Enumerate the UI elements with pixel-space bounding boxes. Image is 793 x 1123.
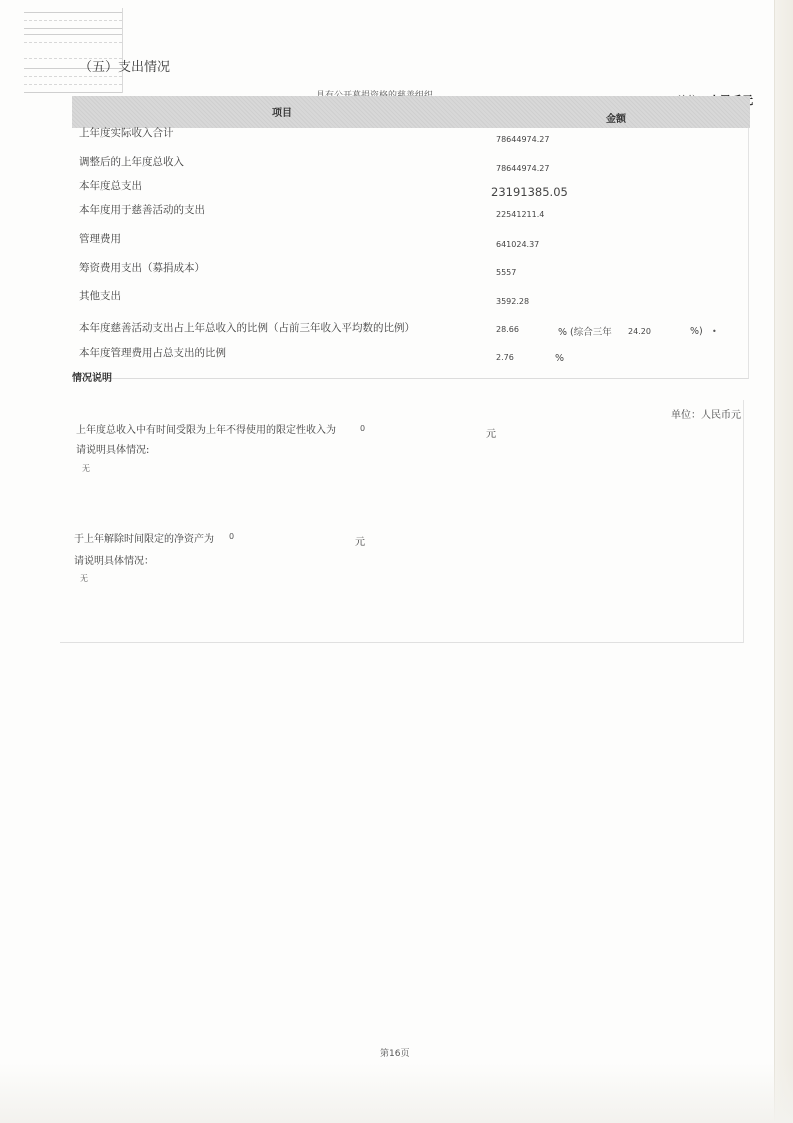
row-value-charity-ratio: 28.66 bbox=[496, 325, 519, 334]
restricted-income-label: 上年度总收入中有时间受限为上年不得使用的限定性收入为 bbox=[76, 421, 336, 436]
row-value-management-ratio: 2.76 bbox=[496, 353, 514, 362]
released-assets-explain-label: 请说明具体情况： bbox=[74, 552, 154, 567]
header-amount: 金额 bbox=[606, 110, 626, 125]
row-value-fundraising-cost: 5557 bbox=[496, 268, 516, 277]
notes-heading: 情况说明 bbox=[72, 369, 112, 384]
released-assets-explain-value: 无 bbox=[80, 573, 88, 584]
row-label-fundraising-cost: 筹资费用支出（募捐成本） bbox=[79, 260, 205, 275]
released-assets-currency: 元 bbox=[355, 533, 365, 548]
restricted-income-explain-label: 请说明具体情况: bbox=[76, 441, 149, 456]
released-assets-label: 于上年解除时间限定的净资产为 bbox=[74, 530, 214, 545]
row-value-prior-year-income: 78644974.27 bbox=[496, 135, 549, 144]
row-label-prior-year-income: 上年度实际收入合计 bbox=[79, 125, 174, 140]
three-year-ratio-value: 24.20 bbox=[628, 327, 651, 336]
scan-right-edge bbox=[774, 0, 793, 1123]
row-value-other-expense: 3592.28 bbox=[496, 297, 529, 306]
row-label-charity-expense: 本年度用于慈善活动的支出 bbox=[79, 202, 205, 217]
restricted-income-currency: 元 bbox=[486, 425, 496, 440]
header-item: 项目 bbox=[272, 104, 292, 119]
row-value-management-fee: 641024.37 bbox=[496, 240, 539, 249]
row-label-other-expense: 其他支出 bbox=[79, 288, 121, 303]
notes-box bbox=[60, 400, 744, 643]
ruled-lines-decoration bbox=[24, 8, 123, 93]
row-value-charity-expense: 22541211.4 bbox=[496, 210, 544, 219]
page-number: 第16页 bbox=[380, 1046, 409, 1059]
notes-unit-label: 单位：人民币元 bbox=[671, 406, 741, 421]
scan-bottom-shade bbox=[0, 1063, 793, 1123]
row-label-total-expense: 本年度总支出 bbox=[79, 178, 142, 193]
section-title: （五）支出情况 bbox=[79, 56, 170, 75]
charity-ratio-suffix: % (综合三年 bbox=[558, 324, 612, 338]
management-ratio-suffix: % bbox=[555, 353, 564, 364]
row-label-management-ratio: 本年度管理费用占总支出的比例 bbox=[79, 345, 226, 360]
table-header-row bbox=[72, 96, 750, 128]
row-label-adjusted-income: 调整后的上年度总收入 bbox=[79, 154, 184, 169]
row-label-management-fee: 管理费用 bbox=[79, 231, 121, 246]
bullet-marker: • bbox=[712, 327, 717, 336]
row-label-charity-ratio: 本年度慈善活动支出占上年总收入的比例（占前三年收入平均数的比例） bbox=[79, 320, 415, 335]
released-assets-value: 0 bbox=[229, 532, 234, 541]
restricted-income-value: 0 bbox=[360, 424, 365, 433]
restricted-income-explain-value: 无 bbox=[82, 463, 90, 474]
row-value-total-expense: 23191385.05 bbox=[491, 185, 568, 199]
row-value-adjusted-income: 78644974.27 bbox=[496, 164, 549, 173]
three-year-ratio-suffix: %) bbox=[690, 326, 703, 337]
